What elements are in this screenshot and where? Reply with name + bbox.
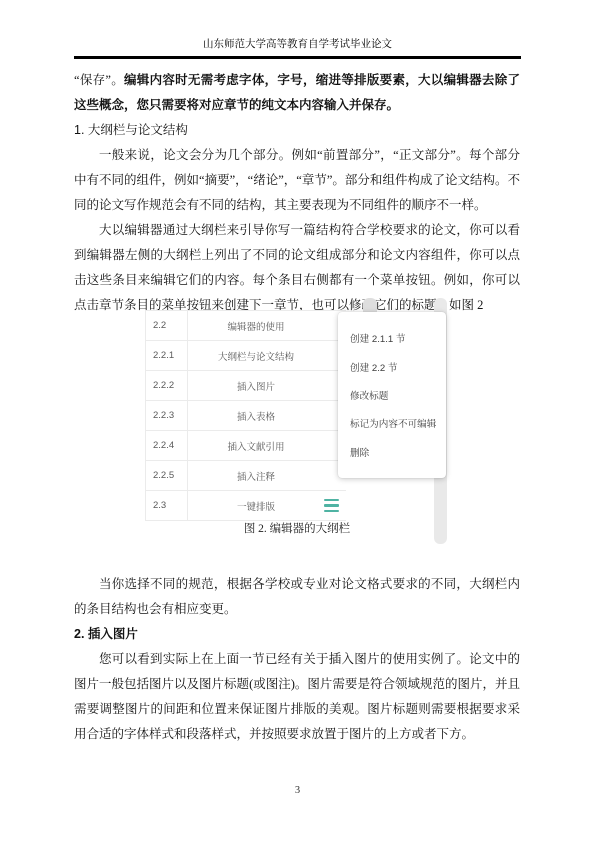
paragraph-outline-guide: 大以编辑器通过大纲栏来引导你写一篇结构符合学校要求的论文，你可以看到编辑器左侧的… (74, 218, 520, 318)
header-title: 山东师范大学高等教育自学考试毕业论文 (0, 36, 595, 51)
outline-row-number: 2.3 (146, 491, 188, 520)
paragraph-insert-image: 您可以看到实际上在上面一节已经有关于插入图片的使用实例了。论文中的图片一般包括图… (74, 647, 520, 747)
outline-row-label: 一键排版 (188, 491, 324, 520)
header-rule (74, 56, 521, 59)
context-menu: 创建 2.1.1 节创建 2.2 节修改标题标记为内容不可编辑删除 (338, 312, 446, 478)
paragraph-lead-text: “保存”。 (74, 73, 124, 87)
outline-row-number: 2.2.1 (146, 341, 188, 370)
outline-row[interactable]: 2.3一键排版 (146, 491, 346, 521)
section-heading-2: 2. 插入图片 (74, 622, 520, 647)
page-number: 3 (0, 785, 595, 796)
outline-row-label: 插入图片 (188, 371, 324, 400)
outline-row-number: 2.2.5 (146, 461, 188, 490)
outline-row-number: 2.2.3 (146, 401, 188, 430)
outline-row-number: 2.2.2 (146, 371, 188, 400)
outline-row[interactable]: 2.2.3插入表格 (146, 401, 346, 431)
outline-row[interactable]: 2.2.5插入注释 (146, 461, 346, 491)
outline-row-label: 插入文献引用 (188, 431, 324, 460)
outline-row[interactable]: 2.2编辑器的使用 (146, 311, 346, 341)
section-heading-1: 1. 大纲栏与论文结构 (74, 118, 520, 143)
outline-row-label: 插入表格 (188, 401, 324, 430)
figure-screenshot: 2.2编辑器的使用2.2.1大纲栏与论文结构2.2.2插入图片2.2.3插入表格… (74, 310, 520, 516)
paragraph-spec-change: 当你选择不同的规范，根据各学校或专业对论文格式要求的不同，大纲栏内的条目结构也会… (74, 572, 520, 622)
paragraph-continued: “保存”。编辑内容时无需考虑字体，字号，缩进等排版要素，大以编辑器去除了这些概念… (74, 68, 520, 118)
outline-row[interactable]: 2.2.4插入文献引用 (146, 431, 346, 461)
context-menu-item[interactable]: 创建 2.1.1 节 (338, 324, 446, 352)
page-content: “保存”。编辑内容时无需考虑字体，字号，缩进等排版要素，大以编辑器去除了这些概念… (74, 68, 520, 747)
paragraph-structure-intro: 一般来说，论文会分为几个部分。例如“前置部分”，“正文部分”。每个部分中有不同的… (74, 143, 520, 218)
outline-row-label: 大纲栏与论文结构 (188, 341, 324, 370)
outline-row-number: 2.2 (146, 311, 188, 340)
context-menu-item[interactable]: 修改标题 (338, 381, 446, 409)
document-page: 山东师范大学高等教育自学考试毕业论文 “保存”。编辑内容时无需考虑字体，字号，缩… (0, 0, 595, 842)
outline-panel: 2.2编辑器的使用2.2.1大纲栏与论文结构2.2.2插入图片2.2.3插入表格… (145, 310, 346, 521)
paragraph-bold-text: 编辑内容时无需考虑字体，字号，缩进等排版要素，大以编辑器去除了这些概念，您只需要… (74, 73, 520, 112)
context-menu-item[interactable]: 删除 (338, 438, 446, 466)
outline-row[interactable]: 2.2.1大纲栏与论文结构 (146, 341, 346, 371)
outline-row-label: 编辑器的使用 (188, 311, 324, 340)
context-menu-item[interactable]: 创建 2.2 节 (338, 352, 446, 380)
outline-row-label: 插入注释 (188, 461, 324, 490)
row-menu-icon[interactable] (324, 491, 344, 520)
outline-row[interactable]: 2.2.2插入图片 (146, 371, 346, 401)
outline-row-number: 2.2.4 (146, 431, 188, 460)
context-menu-item[interactable]: 标记为内容不可编辑 (338, 409, 446, 437)
